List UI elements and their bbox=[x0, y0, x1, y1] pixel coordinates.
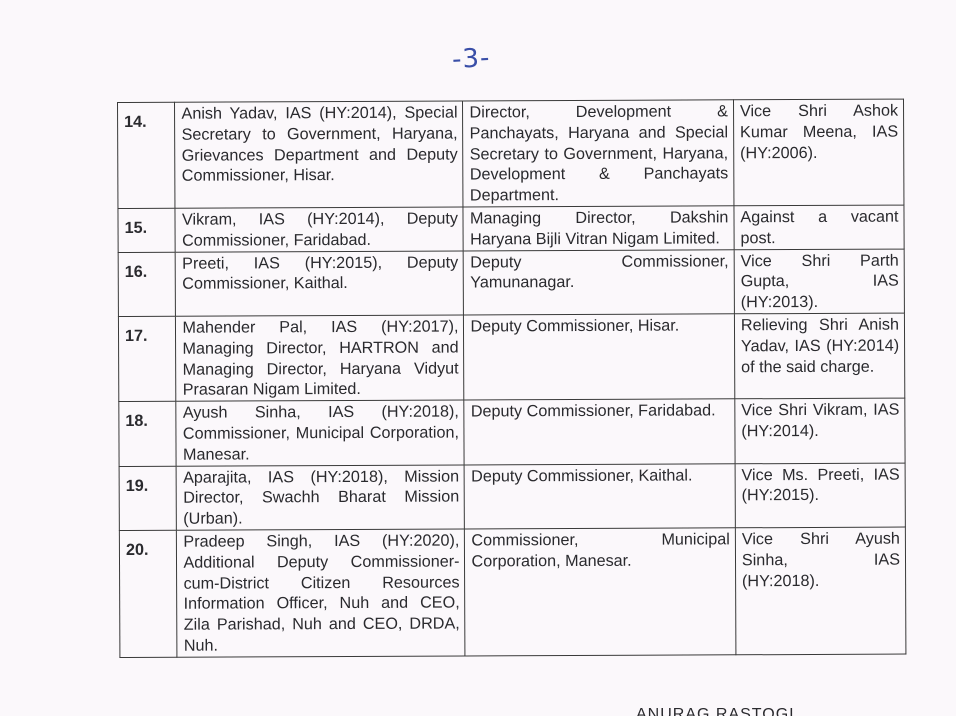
serial-number-cell: 14. bbox=[118, 102, 176, 208]
table-row: 18.Ayush Sinha, IAS (HY:2018), Commissio… bbox=[119, 398, 905, 466]
remarks-cell: Against a vacant post. bbox=[734, 205, 904, 249]
officer-cell: Pradeep Singh, IAS (HY:2020), Additional… bbox=[177, 529, 466, 657]
officer-cell: Preeti, IAS (HY:2015), Deputy Commission… bbox=[176, 251, 464, 317]
remarks-cell: Vice Shri Ayush Sinha, IAS (HY:2018). bbox=[735, 527, 906, 655]
remarks-cell: Vice Shri Parth Gupta, IAS (HY:2013). bbox=[734, 249, 904, 314]
table-row: 14.Anish Yadav, IAS (HY:2014), Special S… bbox=[118, 99, 904, 208]
serial-number-cell: 17. bbox=[118, 316, 176, 401]
table-row: 17.Mahender Pal, IAS (HY:2017), Managing… bbox=[118, 313, 904, 402]
officer-cell: Mahender Pal, IAS (HY:2017), Managing Di… bbox=[176, 315, 464, 401]
signature-name: ANURAG RASTOGI bbox=[636, 706, 795, 716]
serial-number-cell: 16. bbox=[118, 252, 176, 317]
serial-number-cell: 20. bbox=[119, 530, 177, 657]
page-number: -3- bbox=[451, 43, 491, 75]
officer-cell: Aparajita, IAS (HY:2018), Mission Direct… bbox=[177, 465, 465, 531]
officer-cell: Anish Yadav, IAS (HY:2014), Special Secr… bbox=[175, 101, 463, 208]
table-row: 15.Vikram, IAS (HY:2014), Deputy Commiss… bbox=[118, 205, 904, 252]
posting-cell: Commissioner, Municipal Corporation, Man… bbox=[465, 528, 736, 656]
remarks-cell: Vice Ms. Preeti, IAS (HY:2015). bbox=[735, 463, 905, 528]
posting-cell: Deputy Commissioner, Hisar. bbox=[464, 314, 735, 400]
serial-number-cell: 18. bbox=[119, 401, 177, 466]
serial-number-cell: 19. bbox=[119, 466, 177, 531]
remarks-cell: Vice Shri Vikram, IAS (HY:2014). bbox=[735, 398, 905, 463]
remarks-cell: Vice Shri Ashok Kumar Meena, IAS (HY:200… bbox=[733, 99, 904, 206]
transfer-postings-table: 14.Anish Yadav, IAS (HY:2014), Special S… bbox=[117, 99, 906, 658]
posting-cell: Director, Development & Panchayats, Hary… bbox=[463, 100, 734, 207]
posting-cell: Managing Director, Dakshin Haryana Bijli… bbox=[463, 206, 734, 251]
serial-number-cell: 15. bbox=[118, 208, 176, 252]
table-row: 16.Preeti, IAS (HY:2015), Deputy Commiss… bbox=[118, 249, 904, 317]
officer-cell: Ayush Sinha, IAS (HY:2018), Commissioner… bbox=[176, 400, 464, 466]
table-row: 20.Pradeep Singh, IAS (HY:2020), Additio… bbox=[119, 527, 906, 657]
table-row: 19.Aparajita, IAS (HY:2018), Mission Dir… bbox=[119, 463, 905, 531]
posting-cell: Deputy Commissioner, Kaithal. bbox=[465, 463, 736, 529]
posting-cell: Deputy Commissioner, Yamunanagar. bbox=[464, 249, 735, 315]
remarks-cell: Relieving Shri Anish Yadav, IAS (HY:2014… bbox=[734, 313, 904, 399]
officer-cell: Vikram, IAS (HY:2014), Deputy Commission… bbox=[175, 207, 463, 252]
posting-cell: Deputy Commissioner, Faridabad. bbox=[464, 399, 735, 465]
